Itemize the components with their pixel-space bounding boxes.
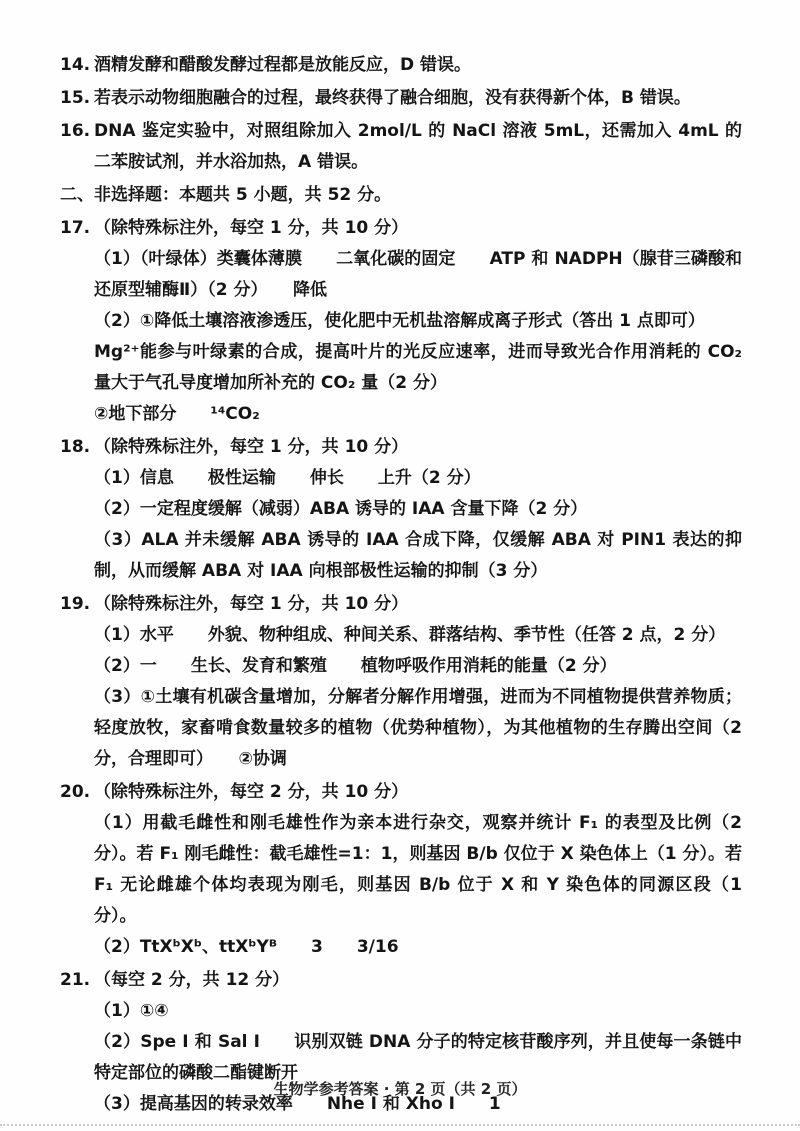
- answer-sheet-page: 14. 酒精发酵和醋酸发酵过程都是放能反应，D 错误。 15. 若表示动物细胞融…: [0, 0, 800, 1131]
- question-number: 15.: [60, 83, 90, 114]
- explanation-item-16: 16. DNA 鉴定实验中，对照组除加入 2mol/L 的 NaCl 溶液 5m…: [60, 116, 742, 178]
- score-note: （除特殊标注外，每空 2 分，共 10 分）: [94, 777, 742, 808]
- document-content: 14. 酒精发酵和醋酸发酵过程都是放能反应，D 错误。 15. 若表示动物细胞融…: [60, 50, 742, 1122]
- explanation-item-14: 14. 酒精发酵和醋酸发酵过程都是放能反应，D 错误。: [60, 50, 742, 81]
- question-18: 18. （除特殊标注外，每空 1 分，共 10 分） （1）信息 极性运输 伸长…: [60, 432, 742, 587]
- answer-line: ②地下部分 ¹⁴CO₂: [94, 399, 742, 430]
- explanation-text: DNA 鉴定实验中，对照组除加入 2mol/L 的 NaCl 溶液 5mL，还需…: [94, 116, 742, 178]
- section-header: 二、非选择题：本题共 5 小题，共 52 分。: [60, 180, 742, 211]
- question-number: 19.: [60, 589, 90, 620]
- answer-line: （2）①降低土壤溶液渗透压，使化肥中无机盐溶解成离子形式（答出 1 点即可）: [94, 306, 742, 337]
- question-number: 20.: [60, 777, 90, 808]
- question-20: 20. （除特殊标注外，每空 2 分，共 10 分） （1）用截毛雌性和刚毛雄性…: [60, 777, 742, 963]
- answer-line: （2）一 生长、发育和繁殖 植物呼吸作用消耗的能量（2 分）: [94, 651, 742, 682]
- answer-line: （1）①④: [94, 996, 742, 1027]
- question-number: 14.: [60, 50, 90, 81]
- answer-line: （1）水平 外貌、物种组成、种间关系、群落结构、季节性（任答 2 点，2 分）: [94, 620, 742, 651]
- question-19: 19. （除特殊标注外，每空 1 分，共 10 分） （1）水平 外貌、物种组成…: [60, 589, 742, 775]
- answer-line: Mg²⁺能参与叶绿素的合成，提高叶片的光反应速率，进而导致光合作用消耗的 CO₂…: [94, 337, 742, 399]
- page-cut-line: [0, 1124, 800, 1126]
- answer-line: （2）一定程度缓解（减弱）ABA 诱导的 IAA 含量下降（2 分）: [94, 494, 742, 525]
- explanation-item-15: 15. 若表示动物细胞融合的过程，最终获得了融合细胞，没有获得新个体，B 错误。: [60, 83, 742, 114]
- score-note: （除特殊标注外，每空 1 分，共 10 分）: [94, 589, 742, 620]
- question-number: 21.: [60, 965, 90, 996]
- answer-line: （3）ALA 并未缓解 ABA 诱导的 IAA 合成下降，仅缓解 ABA 对 P…: [94, 525, 742, 587]
- score-note: （除特殊标注外，每空 1 分，共 10 分）: [94, 432, 742, 463]
- score-note: （除特殊标注外，每空 1 分，共 10 分）: [94, 213, 742, 244]
- question-number: 16.: [60, 116, 90, 147]
- explanation-text: 若表示动物细胞融合的过程，最终获得了融合细胞，没有获得新个体，B 错误。: [94, 83, 742, 114]
- question-number: 17.: [60, 213, 90, 244]
- answer-line: （1）用截毛雌性和刚毛雄性作为亲本进行杂交，观察并统计 F₁ 的表型及比例（2 …: [94, 808, 742, 932]
- question-number: 18.: [60, 432, 90, 463]
- page-footer: 生物学参考答案 · 第 2 页（共 2 页）: [0, 1078, 800, 1099]
- answer-line: （1）（叶绿体）类囊体薄膜 二氧化碳的固定 ATP 和 NADPH（腺苷三磷酸和…: [94, 244, 742, 306]
- explanation-text: 酒精发酵和醋酸发酵过程都是放能反应，D 错误。: [94, 50, 742, 81]
- score-note: （每空 2 分，共 12 分）: [94, 965, 742, 996]
- answer-line: （3）①土壤有机碳含量增加，分解者分解作用增强，进而为不同植物提供营养物质；轻度…: [94, 682, 742, 775]
- question-17: 17. （除特殊标注外，每空 1 分，共 10 分） （1）（叶绿体）类囊体薄膜…: [60, 213, 742, 430]
- answer-line: （1）信息 极性运输 伸长 上升（2 分）: [94, 463, 742, 494]
- answer-line: （2）TtXᵇXᵇ、ttXᵇYᴮ 3 3/16: [94, 932, 742, 963]
